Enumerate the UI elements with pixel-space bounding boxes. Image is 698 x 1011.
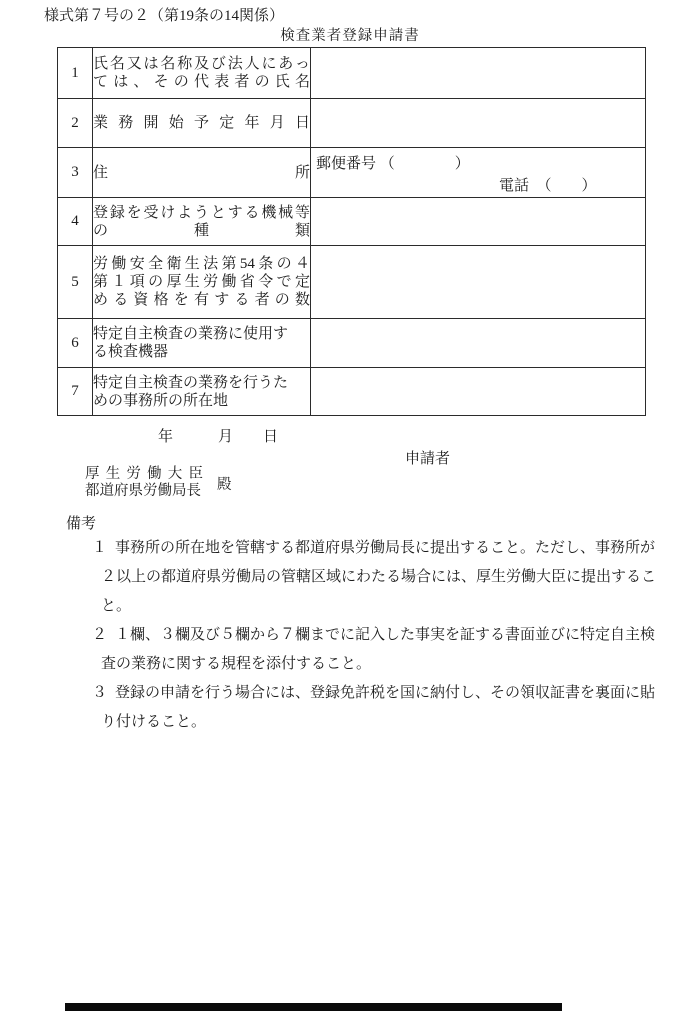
row-value-blank [311,319,646,368]
table-row: 2 業務開始予定年月日 [58,99,646,148]
row-value-blank [311,368,646,416]
row-label: 住所 [93,148,311,198]
phone-line: 電話 （ ） [499,175,645,197]
table-row: 3 住所 郵便番号 （ ） 電話 （ ） [58,148,646,198]
remark-number: ３ [92,679,115,708]
row-number: 2 [58,99,93,148]
remark-line: と。 [101,592,652,621]
remark-item: １事務所の所在地を管轄する都道府県労働局長に提出すること。ただし、事務所が ２以… [92,534,652,621]
row-label-line: ては、その代表者の氏名 [93,73,310,91]
applicant-label: 申請者 [405,447,450,468]
postal-code-line: 郵便番号 （ ） [316,153,645,175]
row-value-address: 郵便番号 （ ） 電話 （ ） [311,148,646,198]
remark-number: １ [92,534,115,563]
row-label-line: 住所 [93,164,310,182]
row-number: 1 [58,48,93,99]
addressee-minister: 厚生労働大臣 [85,466,203,483]
row-label-line: 氏名又は名称及び法人にあっ [93,55,310,73]
remark-line: １事務所の所在地を管轄する都道府県労働局長に提出すること。ただし、事務所が [92,534,652,563]
remark-item: ２１欄、３欄及び５欄から７欄までに記入した事実を証する書面並びに特定自主検 査の… [92,621,652,679]
row-label-line: 特定自主検査の業務を行うた [93,374,310,392]
table-row: 7 特定自主検査の業務を行うた めの事務所の所在地 [58,368,646,416]
row-value-blank [311,48,646,99]
row-value-blank [311,246,646,319]
remark-number: ２ [92,621,115,650]
remark-line: ２以上の都道府県労働局の管轄区域にわたる場合には、厚生労働大臣に提出するこ [101,563,652,592]
row-label: 特定自主検査の業務を行うた めの事務所の所在地 [93,368,311,416]
table-row: 6 特定自主検査の業務に使用す る検査機器 [58,319,646,368]
row-number: 5 [58,246,93,319]
row-number: 3 [58,148,93,198]
scan-edge-bar [65,1003,562,1011]
row-label-line: 労働安全衛生法第54条の４ [93,255,310,273]
registration-table: 1 氏名又は名称及び法人にあっ ては、その代表者の氏名 2 業務開始予定年月日 … [57,47,646,416]
row-label-line: の種類 [93,222,310,240]
row-value-blank [311,198,646,246]
remark-text: 登録の申請を行う場合には、登録免許税を国に納付し、その領収証書を裏面に貼 [115,685,655,701]
row-label: 特定自主検査の業務に使用す る検査機器 [93,319,311,368]
form-number: 様式第７号の２（第19条の14関係） [44,4,284,25]
row-label-line: る検査機器 [93,343,310,361]
row-number: 7 [58,368,93,416]
row-label-line: 特定自主検査の業務に使用す [93,325,310,343]
row-label: 業務開始予定年月日 [93,99,311,148]
remark-item: ３登録の申請を行う場合には、登録免許税を国に納付し、その領収証書を裏面に貼 り付… [92,679,652,737]
remark-line: ２１欄、３欄及び５欄から７欄までに記入した事実を証する書面並びに特定自主検 [92,621,652,650]
date-line: 年 月 日 [158,425,278,446]
row-label-line: 第１項の厚生労働省令で定 [93,273,310,291]
row-label-line: 業務開始予定年月日 [93,114,310,132]
remarks-list: １事務所の所在地を管轄する都道府県労働局長に提出すること。ただし、事務所が ２以… [92,534,652,737]
row-number: 6 [58,319,93,368]
row-label: 氏名又は名称及び法人にあっ ては、その代表者の氏名 [93,48,311,99]
honorific-dono: 殿 [217,473,232,494]
page-title: 検査業者登録申請書 [57,24,643,45]
addressee-block: 厚生労働大臣 都道府県労働局長 殿 [85,466,232,500]
table-row: 4 登録を受けようとする機械等 の種類 [58,198,646,246]
table-row: 5 労働安全衛生法第54条の４ 第１項の厚生労働省令で定 める資格を有する者の数 [58,246,646,319]
document-page: 様式第７号の２（第19条の14関係） 検査業者登録申請書 1 氏名又は名称及び法… [0,0,698,1011]
remark-text: １欄、３欄及び５欄から７欄までに記入した事実を証する書面並びに特定自主検 [115,627,655,643]
row-value-blank [311,99,646,148]
remark-line: ３登録の申請を行う場合には、登録免許税を国に納付し、その領収証書を裏面に貼 [92,679,652,708]
table-row: 1 氏名又は名称及び法人にあっ ては、その代表者の氏名 [58,48,646,99]
remark-line: 査の業務に関する規程を添付すること。 [101,650,652,679]
remarks-heading: 備考 [66,512,96,533]
addressee-bureau-chief: 都道府県労働局長 [85,483,203,500]
row-label: 労働安全衛生法第54条の４ 第１項の厚生労働省令で定 める資格を有する者の数 [93,246,311,319]
row-label: 登録を受けようとする機械等 の種類 [93,198,311,246]
row-label-line: 登録を受けようとする機械等 [93,204,310,222]
addressee-names: 厚生労働大臣 都道府県労働局長 [85,466,203,500]
row-number: 4 [58,198,93,246]
row-label-line: めの事務所の所在地 [93,392,310,410]
remark-line: り付けること。 [101,708,652,737]
remark-text: 事務所の所在地を管轄する都道府県労働局長に提出すること。ただし、事務所が [115,540,655,556]
row-label-line: める資格を有する者の数 [93,291,310,309]
